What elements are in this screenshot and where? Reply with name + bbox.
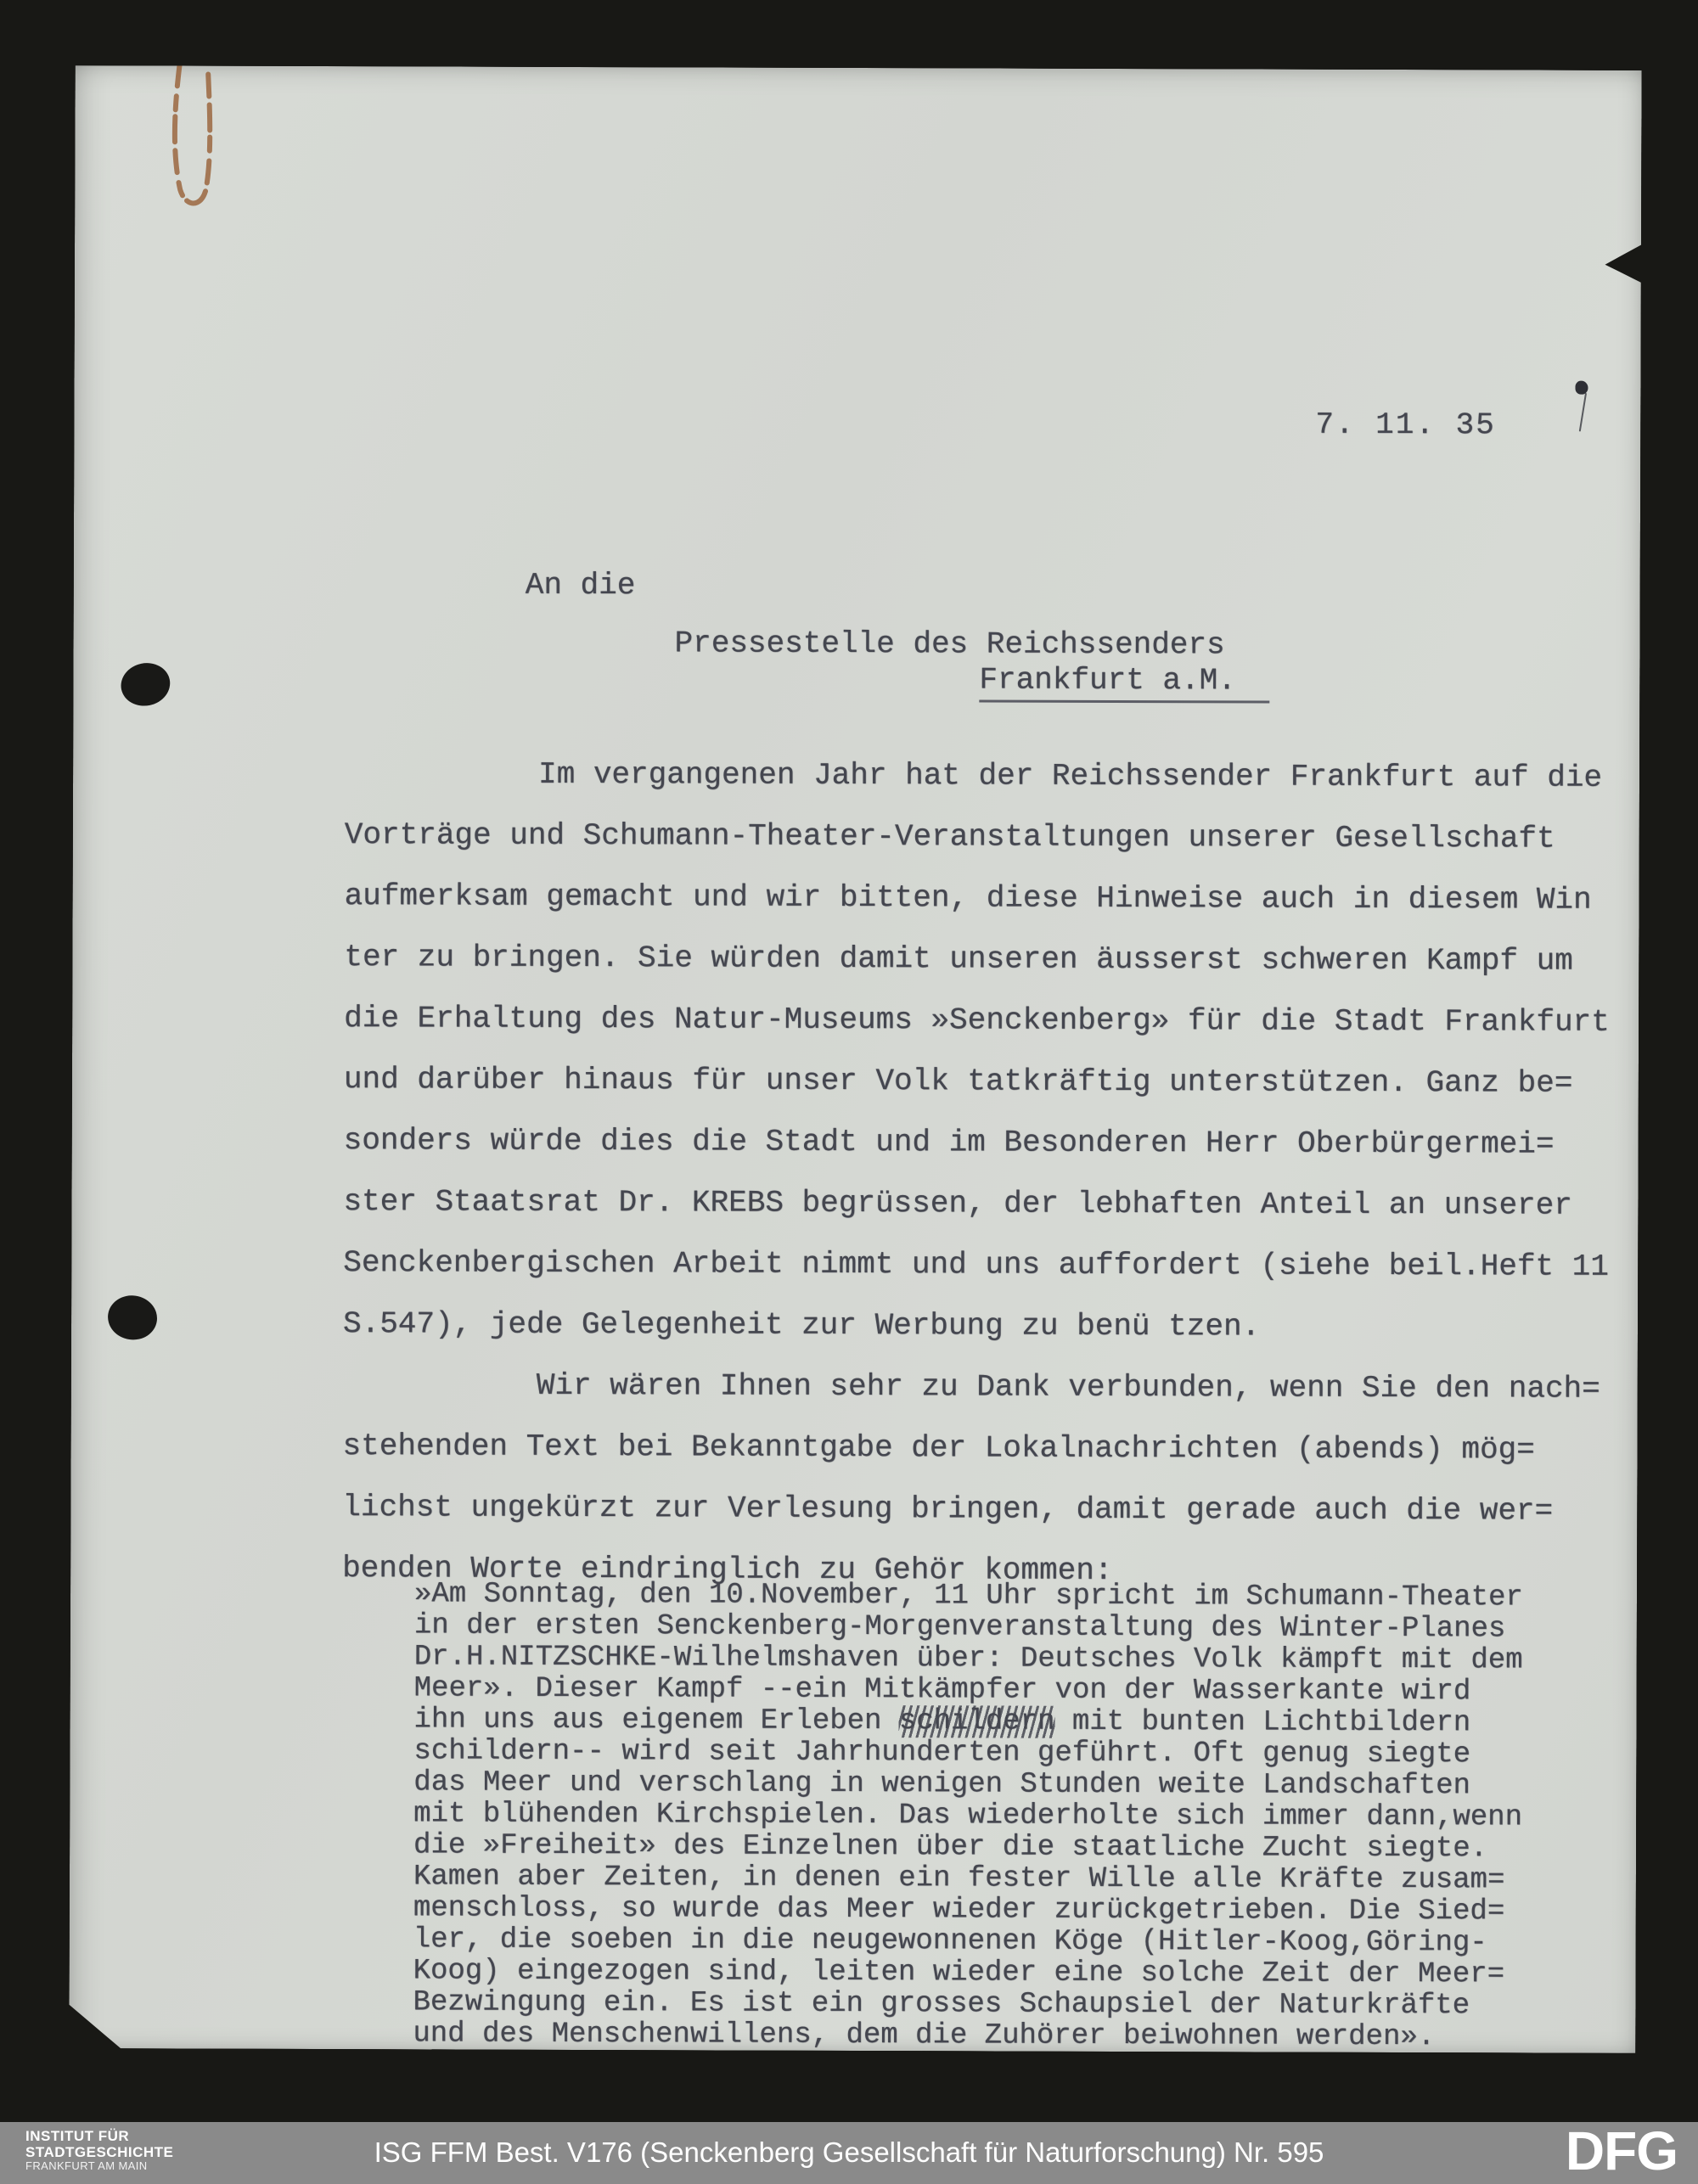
quote-line: Dr.H.NITZSCHKE-Wilhelmshaven über: Deuts… [414,1642,1688,1677]
dfg-logo: DFG [1566,2119,1678,2182]
announcement-quote: »Am Sonntag, den 10.November, 11 Uhr spr… [413,1579,1688,2054]
archive-reference: ISG FFM Best. V176 (Senckenberg Gesellsc… [0,2136,1698,2169]
letter-date: 7. 11. 35 [1315,407,1496,443]
quote-line: die »Freiheit» des Einzelnen über die st… [413,1830,1687,1866]
letter-line: aufmerksam gemacht und wir bitten, diese… [344,866,1698,931]
letter-line: und darüber hinaus für unser Volk tatkrä… [344,1049,1698,1114]
letter-line: Vorträge und Schumann-Theater-Veranstalt… [345,805,1698,870]
letter-body: Im vergangenen Jahr hat der Reichssender… [342,744,1698,1603]
letter-line: die Erhaltung des Natur-Museums »Sencken… [344,988,1698,1053]
letter-line: lichst ungekürzt zur Verlesung bringen, … [342,1477,1698,1542]
punch-hole-top [117,659,174,710]
quote-line: Bezwingung ein. Es ist ein grosses Schau… [413,1987,1686,2023]
punch-hole-bottom [105,1292,160,1343]
letter-line: Im vergangenen Jahr hat der Reichssender… [345,744,1698,809]
quote-line: ler, die soeben in die neugewonnenen Kög… [413,1924,1687,1960]
letter-line: Wir wären Ihnen sehr zu Dank verbunden, … [343,1355,1698,1420]
letter-line: ster Staatsrat Dr. KREBS begrüssen, der … [343,1171,1698,1237]
quote-line: Kamen aber Zeiten, in denen ein fester W… [413,1861,1687,1897]
rust-stain [155,62,224,223]
quote-line: Koog) eingezogen sind, leiten wieder ein… [413,1956,1687,1991]
quote-line: menschloss, so wurde das Meer wieder zur… [413,1893,1687,1929]
archive-footer-bar: INSTITUT FÜR STADTGESCHICHTE FRANKFURT A… [0,2122,1698,2184]
ink-blot-tail [1579,393,1587,432]
recipient-line-3: Frankfurt a.M. [979,662,1270,703]
letter-line: stehenden Text bei Bekanntgabe der Lokal… [342,1416,1698,1481]
quote-line: und des Menschenwillens, dem die Zuhörer… [413,2018,1686,2054]
quote-text: ihn uns aus eigenem Erleben [413,1704,898,1738]
quote-line: das Meer und verschlang in wenigen Stund… [413,1767,1687,1803]
quote-line: schildern-- wird seit Jahrhunderten gefü… [413,1736,1687,1771]
letter-line: sonders würde dies die Stadt und im Beso… [344,1110,1698,1176]
scanned-letter-page: 7. 11. 35 An die Pressestelle des Reichs… [69,65,1641,2053]
recipient-line-1: An die [526,568,636,603]
recipient-line-2: Pressestelle des Reichssenders [674,626,1224,662]
quote-line: Meer». Dieser Kampf --ein Mitkämpfer von… [414,1673,1688,1709]
quote-line: in der ersten Senckenberg-Morgenveransta… [414,1610,1688,1646]
letter-line: ter zu bringen. Sie würden damit unseren… [344,927,1698,992]
struck-word: schildern [899,1705,1055,1738]
quote-line: mit blühenden Kirchspielen. Das wiederho… [413,1799,1687,1834]
quote-line-with-strikeout: ihn uns aus eigenem Erleben schildern mi… [413,1704,1687,1740]
underlined-city: Frankfurt a.M. [979,662,1270,703]
quote-line: »Am Sonntag, den 10.November, 11 Uhr spr… [414,1579,1688,1614]
quote-text: mit bunten Lichtbildern [1054,1706,1470,1740]
letter-line: S.547), jede Gelegenheit zur Werbung zu … [343,1294,1698,1359]
letter-line: Senckenbergischen Arbeit nimmt und uns a… [343,1232,1698,1298]
